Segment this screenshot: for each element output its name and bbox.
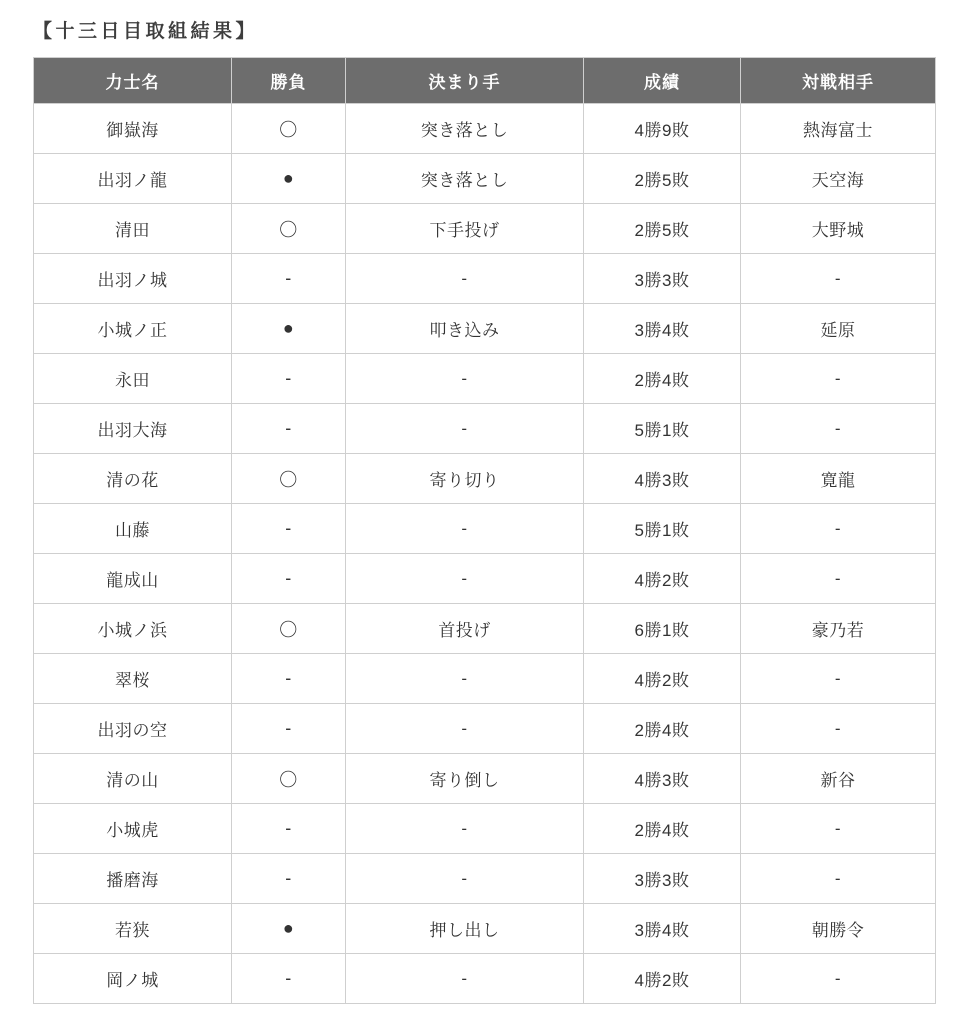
wrestler-name-cell: 岡ノ城	[34, 954, 232, 1004]
wrestler-name-cell: 翠桜	[34, 654, 232, 704]
result-mark-cell: ●	[232, 304, 346, 354]
table-row: 出羽ノ龍●突き落とし2勝5敗天空海	[34, 154, 936, 204]
table-row: 播磨海--3勝3敗-	[34, 854, 936, 904]
wrestler-name-cell: 御嶽海	[34, 104, 232, 154]
record-cell: 3勝4敗	[584, 904, 741, 954]
technique-cell: 寄り倒し	[346, 754, 584, 804]
technique-cell: 首投げ	[346, 604, 584, 654]
opponent-cell: -	[741, 404, 936, 454]
table-row: 翠桜--4勝2敗-	[34, 654, 936, 704]
opponent-cell: 朝勝令	[741, 904, 936, 954]
technique-cell: -	[346, 804, 584, 854]
table-head: 力士名 勝負 決まり手 成績 対戦相手	[34, 58, 936, 104]
wrestler-name-cell: 小城ノ浜	[34, 604, 232, 654]
technique-cell: 寄り切り	[346, 454, 584, 504]
opponent-cell: 寛龍	[741, 454, 936, 504]
opponent-cell: 豪乃若	[741, 604, 936, 654]
opponent-cell: -	[741, 554, 936, 604]
record-cell: 3勝3敗	[584, 254, 741, 304]
technique-cell: 押し出し	[346, 904, 584, 954]
table-row: 御嶽海〇突き落とし4勝9敗熱海富士	[34, 104, 936, 154]
result-mark-cell: 〇	[232, 754, 346, 804]
opponent-cell: 大野城	[741, 204, 936, 254]
record-cell: 5勝1敗	[584, 404, 741, 454]
column-header-wrestler: 力士名	[34, 58, 232, 104]
opponent-cell: 天空海	[741, 154, 936, 204]
wrestler-name-cell: 出羽大海	[34, 404, 232, 454]
wrestler-name-cell: 小城虎	[34, 804, 232, 854]
technique-cell: 突き落とし	[346, 104, 584, 154]
result-mark-cell: ●	[232, 154, 346, 204]
technique-cell: -	[346, 254, 584, 304]
technique-cell: -	[346, 404, 584, 454]
table-row: 出羽大海--5勝1敗-	[34, 404, 936, 454]
result-mark-cell: 〇	[232, 204, 346, 254]
column-header-technique: 決まり手	[346, 58, 584, 104]
opponent-cell: -	[741, 954, 936, 1004]
wrestler-name-cell: 出羽ノ城	[34, 254, 232, 304]
wrestler-name-cell: 龍成山	[34, 554, 232, 604]
result-mark-cell: -	[232, 504, 346, 554]
record-cell: 4勝9敗	[584, 104, 741, 154]
result-mark-cell: -	[232, 804, 346, 854]
technique-cell: 叩き込み	[346, 304, 584, 354]
wrestler-name-cell: 小城ノ正	[34, 304, 232, 354]
column-header-result: 勝負	[232, 58, 346, 104]
record-cell: 3勝4敗	[584, 304, 741, 354]
table-row: 出羽の空--2勝4敗-	[34, 704, 936, 754]
opponent-cell: -	[741, 804, 936, 854]
table-row: 清田〇下手投げ2勝5敗大野城	[34, 204, 936, 254]
table-row: 永田--2勝4敗-	[34, 354, 936, 404]
wrestler-name-cell: 清の花	[34, 454, 232, 504]
opponent-cell: -	[741, 854, 936, 904]
record-cell: 3勝3敗	[584, 854, 741, 904]
table-row: 出羽ノ城--3勝3敗-	[34, 254, 936, 304]
record-cell: 5勝1敗	[584, 504, 741, 554]
result-mark-cell: -	[232, 554, 346, 604]
results-table: 力士名 勝負 決まり手 成績 対戦相手 御嶽海〇突き落とし4勝9敗熱海富士出羽ノ…	[33, 57, 936, 1004]
wrestler-name-cell: 清の山	[34, 754, 232, 804]
table-header-row: 力士名 勝負 決まり手 成績 対戦相手	[34, 58, 936, 104]
record-cell: 4勝3敗	[584, 454, 741, 504]
table-row: 清の山〇寄り倒し4勝3敗新谷	[34, 754, 936, 804]
column-header-record: 成績	[584, 58, 741, 104]
record-cell: 4勝2敗	[584, 554, 741, 604]
wrestler-name-cell: 山藤	[34, 504, 232, 554]
wrestler-name-cell: 永田	[34, 354, 232, 404]
technique-cell: -	[346, 854, 584, 904]
record-cell: 2勝5敗	[584, 154, 741, 204]
page-title: 【十三日目取組結果】	[33, 16, 933, 43]
result-mark-cell: ●	[232, 904, 346, 954]
record-cell: 4勝3敗	[584, 754, 741, 804]
result-mark-cell: 〇	[232, 104, 346, 154]
result-mark-cell: -	[232, 254, 346, 304]
opponent-cell: -	[741, 704, 936, 754]
result-mark-cell: 〇	[232, 604, 346, 654]
opponent-cell: 熱海富士	[741, 104, 936, 154]
column-header-opponent: 対戦相手	[741, 58, 936, 104]
technique-cell: 下手投げ	[346, 204, 584, 254]
technique-cell: -	[346, 704, 584, 754]
wrestler-name-cell: 出羽ノ龍	[34, 154, 232, 204]
wrestler-name-cell: 清田	[34, 204, 232, 254]
opponent-cell: -	[741, 354, 936, 404]
table-row: 清の花〇寄り切り4勝3敗寛龍	[34, 454, 936, 504]
technique-cell: -	[346, 654, 584, 704]
table-row: 小城ノ浜〇首投げ6勝1敗豪乃若	[34, 604, 936, 654]
technique-cell: 突き落とし	[346, 154, 584, 204]
wrestler-name-cell: 播磨海	[34, 854, 232, 904]
record-cell: 2勝4敗	[584, 804, 741, 854]
table-row: 岡ノ城--4勝2敗-	[34, 954, 936, 1004]
opponent-cell: -	[741, 504, 936, 554]
technique-cell: -	[346, 554, 584, 604]
page: 【十三日目取組結果】 力士名 勝負 決まり手 成績 対戦相手 御嶽海〇突き落とし…	[0, 0, 963, 1024]
result-mark-cell: -	[232, 354, 346, 404]
opponent-cell: -	[741, 654, 936, 704]
wrestler-name-cell: 若狭	[34, 904, 232, 954]
table-row: 龍成山--4勝2敗-	[34, 554, 936, 604]
result-mark-cell: 〇	[232, 454, 346, 504]
record-cell: 4勝2敗	[584, 954, 741, 1004]
result-mark-cell: -	[232, 654, 346, 704]
wrestler-name-cell: 出羽の空	[34, 704, 232, 754]
technique-cell: -	[346, 354, 584, 404]
result-mark-cell: -	[232, 404, 346, 454]
record-cell: 6勝1敗	[584, 604, 741, 654]
record-cell: 2勝5敗	[584, 204, 741, 254]
record-cell: 4勝2敗	[584, 654, 741, 704]
table-row: 小城ノ正●叩き込み3勝4敗延原	[34, 304, 936, 354]
table-row: 小城虎--2勝4敗-	[34, 804, 936, 854]
result-mark-cell: -	[232, 954, 346, 1004]
record-cell: 2勝4敗	[584, 704, 741, 754]
record-cell: 2勝4敗	[584, 354, 741, 404]
opponent-cell: 延原	[741, 304, 936, 354]
technique-cell: -	[346, 954, 584, 1004]
table-body: 御嶽海〇突き落とし4勝9敗熱海富士出羽ノ龍●突き落とし2勝5敗天空海清田〇下手投…	[34, 104, 936, 1004]
table-row: 山藤--5勝1敗-	[34, 504, 936, 554]
result-mark-cell: -	[232, 704, 346, 754]
technique-cell: -	[346, 504, 584, 554]
result-mark-cell: -	[232, 854, 346, 904]
opponent-cell: 新谷	[741, 754, 936, 804]
opponent-cell: -	[741, 254, 936, 304]
table-row: 若狭●押し出し3勝4敗朝勝令	[34, 904, 936, 954]
